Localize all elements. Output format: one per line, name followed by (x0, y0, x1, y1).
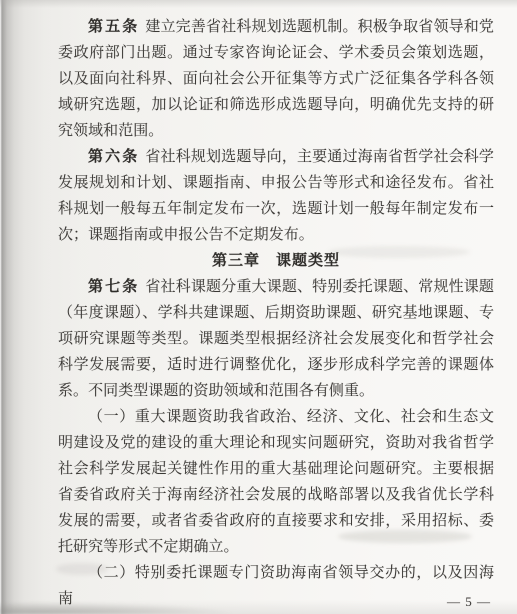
article-5-text: 建立完善省社科规划选题机制。积极争取省领导和党委政府部门出题。通过专家咨询论证会… (58, 19, 494, 139)
paragraph-article-7: 第七条省社科课题分重大课题、特别委托课题、常规性课题（年度课题）、学科共建课题、… (58, 274, 494, 404)
article-5-number: 第五条 (88, 19, 139, 35)
article-6-number: 第六条 (88, 149, 139, 165)
item-2-text: （二）特别委托课题专门资助海南省领导交办的，以及因海南 (58, 565, 494, 607)
item-1-text: （一）重大课题资助我省政治、经济、文化、社会和生态文明建设及党的建设的重大理论和… (58, 409, 494, 555)
paragraph-item-1: （一）重大课题资助我省政治、经济、文化、社会和生态文明建设及党的建设的重大理论和… (58, 404, 494, 560)
article-7-number: 第七条 (88, 279, 139, 295)
paragraph-article-6: 第六条省社科规划选题导向，主要通过海南省哲学社会科学发展规划和计划、课题指南、申… (58, 144, 494, 248)
article-7-text: 省社科课题分重大课题、特别委托课题、常规性课题（年度课题）、学科共建课题、后期资… (58, 279, 494, 399)
paragraph-article-5: 第五条建立完善省社科规划选题机制。积极争取省领导和党委政府部门出题。通过专家咨询… (58, 14, 494, 144)
chapter-heading: 第三章 课题类型 (58, 248, 494, 274)
scan-shadow-top-edge (0, 0, 517, 8)
paragraph-item-2: （二）特别委托课题专门资助海南省领导交办的，以及因海南 (58, 560, 494, 612)
document-body: 第五条建立完善省社科规划选题机制。积极争取省领导和党委政府部门出题。通过专家咨询… (58, 14, 494, 612)
scanned-document-page: 第五条建立完善省社科规划选题机制。积极争取省领导和党委政府部门出题。通过专家咨询… (0, 0, 517, 614)
page-number: — 5 — (447, 594, 491, 610)
